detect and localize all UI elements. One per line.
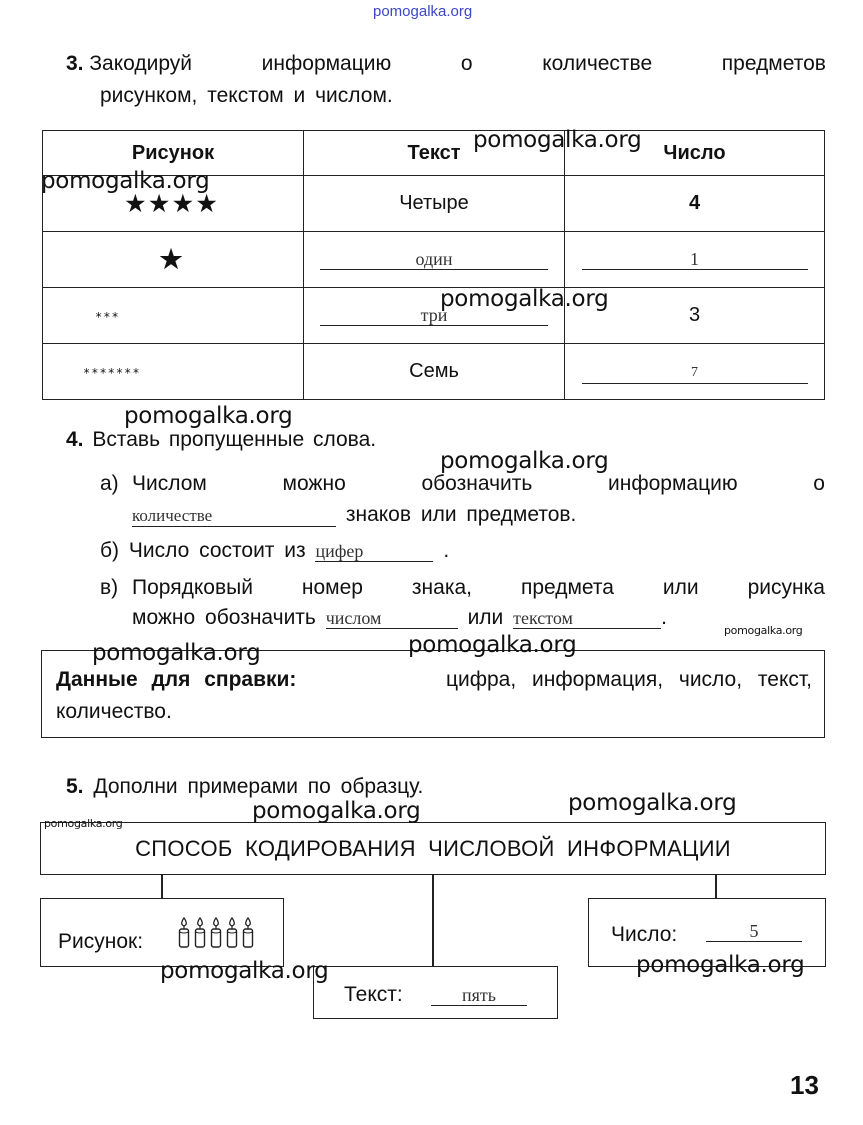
stars-picture: ★ — [159, 244, 186, 274]
reference-title: Данные для справки: — [56, 668, 296, 692]
picture-label: Рисунок: — [58, 930, 143, 954]
stars-picture: ******* — [83, 366, 141, 380]
candles-picture — [178, 917, 258, 954]
diagram-header-box: СПОСОБ КОДИРОВАНИЯ ЧИСЛОВОЙ ИНФОРМАЦИИ — [40, 822, 826, 875]
number-answer-blank[interactable]: 1 — [582, 249, 808, 270]
text-answer-blank[interactable]: один — [320, 249, 548, 270]
word: предметов — [722, 52, 826, 76]
period: . — [443, 539, 449, 562]
word: Порядковый — [132, 576, 253, 600]
task4b-line: б) Число состоит из цифер . — [100, 539, 449, 563]
answer-blank[interactable]: текстом — [513, 608, 661, 629]
number-answer-blank[interactable]: 5 — [706, 921, 802, 942]
answer-blank[interactable]: количестве — [132, 506, 336, 527]
reference-line2: количество. — [56, 700, 172, 724]
task4c-words: Порядковый номер знака, предмета или рис… — [100, 576, 825, 600]
task4-prompt: 4. Вставь пропущенные слова. — [66, 428, 376, 452]
reference-line1: Данные для справки: цифра, информация, ч… — [56, 668, 812, 692]
candle-icon — [242, 917, 254, 954]
candle-icon — [210, 917, 222, 954]
task4b-text: Число состоит из — [129, 539, 306, 562]
word: обозначить — [421, 472, 532, 496]
task4c-line1: в) Порядковый номер знака, предмета или … — [100, 576, 825, 600]
word: рисунка — [748, 576, 825, 600]
candle-icon — [178, 917, 190, 954]
word: можно — [283, 472, 346, 496]
word: о — [461, 52, 473, 76]
answer-blank[interactable]: цифер — [315, 541, 433, 562]
watermark-top[interactable]: pomogalka.org — [373, 3, 472, 20]
task4a-words: Числом можно обозначить информацию о — [100, 472, 825, 496]
stars-picture: ★★★★ — [126, 191, 221, 216]
watermark[interactable]: pomogalka.org — [160, 958, 328, 984]
number-answer-blank[interactable]: 7 — [582, 363, 808, 384]
word: или — [468, 606, 504, 629]
word: информацию — [608, 472, 738, 496]
text-box: Текст: пять — [313, 966, 558, 1019]
watermark[interactable]: pomogalka.org — [408, 632, 576, 658]
watermark[interactable]: pomogalka.org — [636, 952, 804, 978]
task5-number: 5. — [66, 775, 84, 798]
word: или — [663, 576, 699, 600]
task3-prompt-line1: 3. Закодируй информацию о количестве пре… — [66, 52, 826, 76]
watermark[interactable]: pomogalka.org — [473, 127, 641, 153]
word: о — [813, 472, 825, 496]
task5-prompt-text: Дополни примерами по образцу. — [93, 775, 423, 798]
task4a-line2: количестве знаков или предметов. — [132, 503, 576, 527]
candle-icon — [226, 917, 238, 954]
answer-blank[interactable]: числом — [326, 608, 458, 629]
stars-picture: *** — [95, 310, 120, 324]
text-answer-blank[interactable]: пять — [431, 985, 527, 1006]
word: знака, — [412, 576, 472, 600]
word: Закодируй — [89, 52, 192, 75]
watermark[interactable]: pomogalka.org — [724, 624, 803, 637]
word: количестве — [542, 52, 652, 76]
task4a-tail: знаков или предметов. — [346, 503, 577, 526]
picture-box: Рисунок: — [40, 898, 284, 967]
table-row: ★ один 1 — [43, 232, 825, 288]
task4-prompt-text: Вставь пропущенные слова. — [92, 428, 376, 451]
task4c-text: можно обозначить — [132, 606, 316, 629]
watermark[interactable]: pomogalka.org — [44, 817, 123, 830]
task4a-line1: а) Числом можно обозначить информацию о — [100, 472, 825, 496]
connector-line — [432, 874, 434, 966]
watermark[interactable]: pomogalka.org — [124, 403, 292, 429]
item-label: б) — [100, 539, 119, 562]
text-label: Текст: — [344, 983, 403, 1007]
number-label: Число: — [611, 923, 677, 947]
watermark[interactable]: pomogalka.org — [568, 790, 736, 816]
text-cell: Четыре — [304, 176, 565, 232]
text-cell: Семь — [304, 344, 565, 400]
word: номер — [302, 576, 363, 600]
task3-number: 3. — [66, 52, 84, 75]
word: Числом — [132, 472, 207, 496]
candle-icon — [194, 917, 206, 954]
task4c-line2: можно обозначить числом или текстом. — [132, 606, 667, 630]
number-cell: 4 — [565, 176, 825, 232]
table-row: *** три 3 — [43, 288, 825, 344]
task3-prompt-line2: рисунком, текстом и числом. — [100, 84, 393, 108]
word: предмета — [521, 576, 614, 600]
period: . — [661, 606, 667, 629]
page-number: 13 — [790, 1070, 819, 1101]
connector-line — [161, 874, 163, 898]
diagram-header: СПОСОБ КОДИРОВАНИЯ ЧИСЛОВОЙ ИНФОРМАЦИИ — [135, 836, 731, 862]
task5-prompt: 5. Дополни примерами по образцу. — [66, 775, 423, 799]
watermark[interactable]: pomogalka.org — [252, 798, 420, 824]
reference-words: цифра, информация, число, текст, — [446, 668, 812, 692]
task4-number: 4. — [66, 428, 84, 451]
word: информацию — [262, 52, 392, 76]
watermark[interactable]: pomogalka.org — [92, 640, 260, 666]
watermark[interactable]: pomogalka.org — [41, 168, 209, 194]
table-row: ******* Семь 7 — [43, 344, 825, 400]
watermark[interactable]: pomogalka.org — [440, 286, 608, 312]
connector-line — [715, 874, 717, 898]
watermark[interactable]: pomogalka.org — [440, 448, 608, 474]
